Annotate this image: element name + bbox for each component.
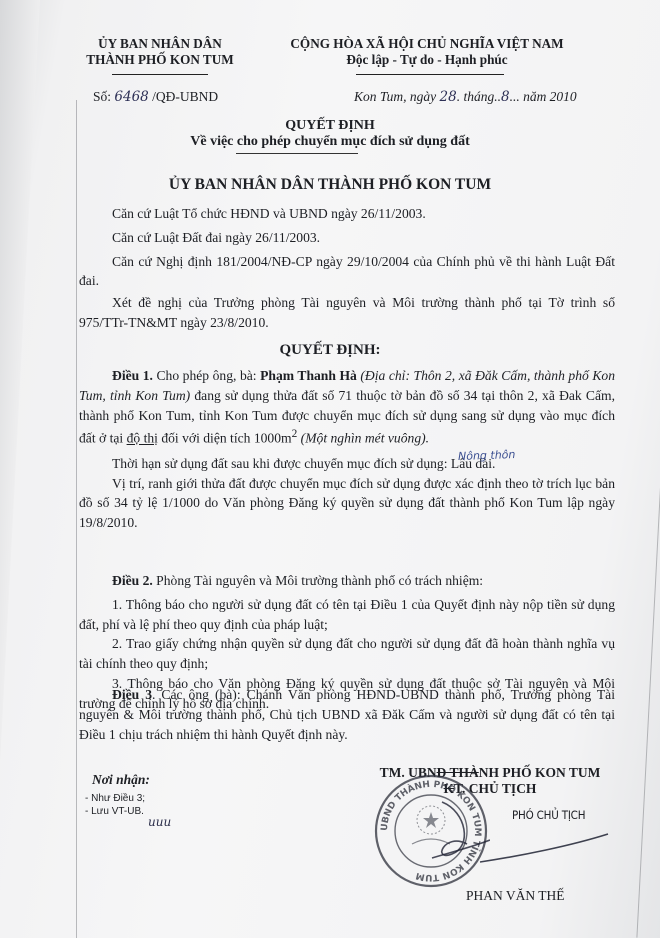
issuer-line-1: ỦY BAN NHÂN DÂN (60, 36, 260, 52)
subject-underline (236, 153, 358, 154)
vice-chairman-title: PHÓ CHỦ TỊCH (512, 808, 585, 822)
article-3: Điều 3. Các ông (bà): Chánh Văn phòng HĐ… (79, 685, 615, 744)
preamble-line: Căn cứ Luật Tổ chức HĐND và UBND ngày 26… (79, 204, 615, 224)
issuer-block: ỦY BAN NHÂN DÂN THÀNH PHỐ KON TUM (60, 36, 260, 68)
handwritten-initials: uuu (148, 815, 171, 829)
decides-heading: QUYẾT ĐỊNH: (0, 342, 660, 359)
article-1: Điều 1. Cho phép ông, bà: Phạm Thanh Hà … (79, 366, 615, 533)
recipient-item: - Lưu VT-UB. (85, 805, 145, 818)
signature-stroke-icon (480, 830, 610, 870)
official-seal-icon: UBND THÀNH PHỐ KON TUM TỈNH KON TUM (372, 772, 490, 890)
preamble: Căn cứ Luật Tổ chức HĐND và UBND ngày 26… (79, 204, 615, 333)
article-2-item: 2. Trao giấy chứng nhận quyền sử dụng đấ… (79, 634, 615, 674)
handwritten-number: 6468 (114, 89, 148, 105)
handwritten-annotation: Nông thôn (458, 448, 516, 463)
nation-line-1: CỘNG HÒA XÃ HỘI CHỦ NGHĨA VIỆT NAM (262, 36, 592, 52)
issuer-underline (112, 74, 208, 75)
motto: Độc lập - Tự do - Hạnh phúc (262, 52, 592, 68)
handwritten-month: 8 (501, 89, 510, 105)
signer-name: PHAN VĂN THẾ (466, 888, 565, 904)
preamble-line: Căn cứ Nghị định 181/2004/NĐ-CP ngày 29/… (79, 252, 615, 292)
doc-type-title: QUYẾT ĐỊNH (0, 118, 660, 134)
recipient-item: - Như Điều 3; (85, 792, 145, 805)
binding-crease (76, 100, 77, 938)
document-date: Kon Tum, ngày 28. tháng..8... năm 2010 (354, 89, 577, 105)
motto-underline (356, 74, 504, 75)
issuer-line-2: THÀNH PHỐ KON TUM (60, 52, 260, 68)
handwritten-day: 28 (440, 89, 457, 105)
nation-block: CỘNG HÒA XÃ HỘI CHỦ NGHĨA VIỆT NAM Độc l… (262, 36, 592, 68)
doc-subject: Về việc cho phép chuyển mục đích sử dụng… (0, 134, 660, 150)
recipients-list: - Như Điều 3; - Lưu VT-UB. (85, 792, 145, 818)
preamble-line: Căn cứ Luật Đất đai ngày 26/11/2003. (79, 228, 615, 248)
article-2-item: 1. Thông báo cho người sử dụng đất có tê… (79, 595, 615, 635)
recipients-heading: Nơi nhận: (92, 772, 150, 788)
land-use-duration: Thời hạn sử dụng đất sau khi được chuyển… (79, 454, 615, 474)
article-1-label: Điều 1. (112, 368, 153, 383)
person-name: Phạm Thanh Hà (260, 368, 357, 383)
land-location: Vị trí, ranh giới thửa đất được chuyển m… (79, 474, 615, 533)
authority-heading: ỦY BAN NHÂN DÂN THÀNH PHỐ KON TUM (0, 176, 660, 194)
preamble-line: Xét đề nghị của Trưởng phòng Tài nguyên … (79, 293, 615, 333)
page-edge (636, 380, 660, 937)
article-3-label: Điều 3 (112, 687, 152, 702)
document-number: Số: 6468 /QĐ-UBND (93, 89, 218, 105)
underlined-term: độ thị (127, 431, 158, 446)
article-2-label: Điều 2. (112, 573, 153, 588)
document-page: ỦY BAN NHÂN DÂN THÀNH PHỐ KON TUM CỘNG H… (0, 0, 660, 938)
